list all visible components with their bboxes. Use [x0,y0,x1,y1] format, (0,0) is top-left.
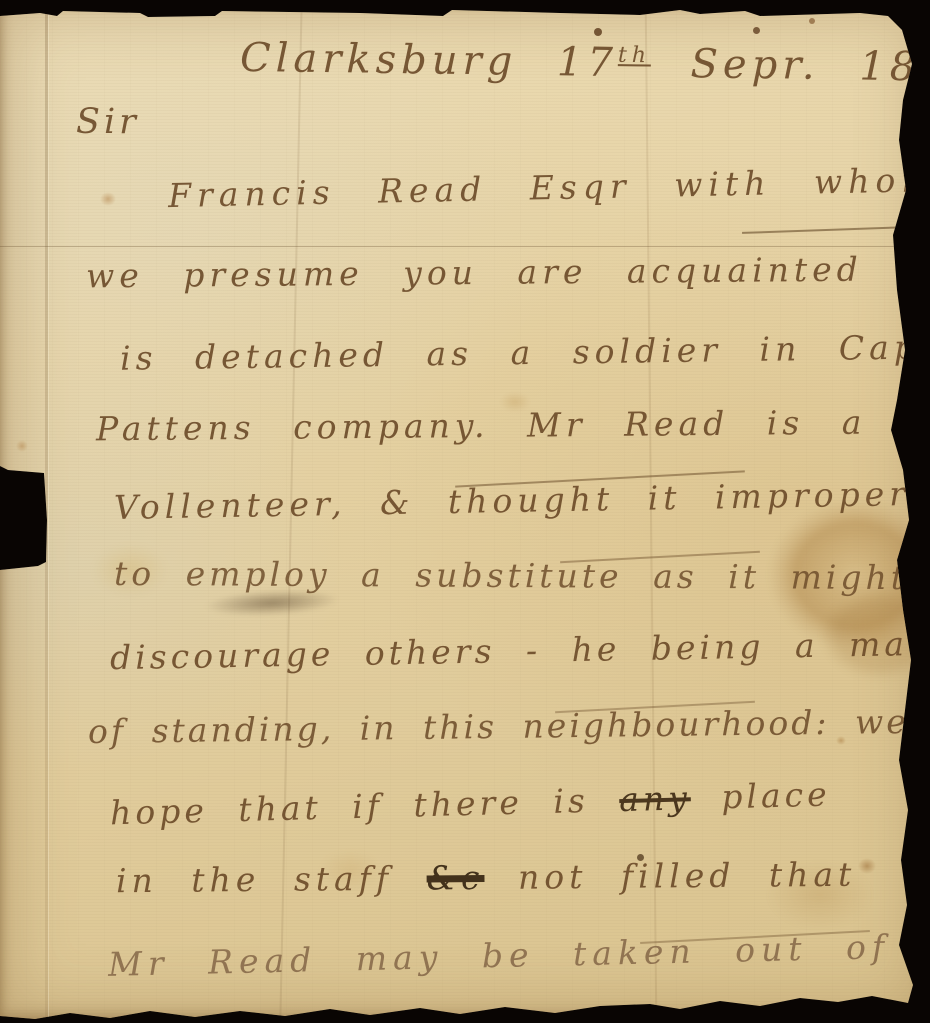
dateline-place: Clarksburg [240,35,518,85]
body-line-8: of standing, in this neighbourhood: we [88,702,909,751]
dateline: Clarksburg 17th Sepr. 1812 [240,35,930,91]
body-line-1: Francis Read Esqr with whom [168,160,930,215]
letter-paper: Clarksburg 17th Sepr. 1812 Sir Francis R… [0,0,930,1023]
dateline-ordinal: th [618,43,651,68]
foxing-spot-6 [16,440,28,452]
foxing-dot-2 [753,27,760,34]
body-line-9-pre: hope that if there is [110,780,620,832]
body-line-3: is detached as a soldier in Capt [120,327,930,377]
fold-crease-left [45,0,48,1023]
salutation: Sir [76,102,140,142]
foxing-spot-7 [858,858,876,874]
body-line-9-post: place [690,775,831,818]
horizontal-score-line [0,246,930,247]
body-line-9-struck-word: any [619,778,692,819]
scanned-letter-page: Clarksburg 17th Sepr. 1812 Sir Francis R… [0,0,930,1023]
body-line-2: we presume you are acquainted [86,250,863,296]
body-line-4: Pattens company. Mr Read is a [96,403,867,449]
dateline-month-year: Sepr. 1812 [690,41,930,91]
body-line-10-post: not filled that [484,855,856,897]
body-line-10-pre: in the staff [116,859,427,901]
body-line-9: hope that if there is any place [110,775,831,833]
foxing-dot-4 [906,96,917,109]
body-line-5: Vollenteer, & thought it improper [114,474,911,527]
body-line-10-blotted-word: &c [426,858,484,898]
fold-crease-left-highlight [48,0,49,1023]
ink-stroke-under-whom [742,226,910,234]
body-line-6: to employ a substitute as it might [114,554,908,597]
foxing-spot-5 [100,192,116,206]
body-line-11: Mr Read may be taken out of [108,927,891,984]
dateline-day: 17 [557,39,619,86]
foxing-dot-3 [809,18,815,24]
body-line-7: discourage others - he being a man [110,624,930,677]
foxing-dot-1 [594,28,602,36]
body-line-10: in the staff &c not filled that [116,855,857,900]
